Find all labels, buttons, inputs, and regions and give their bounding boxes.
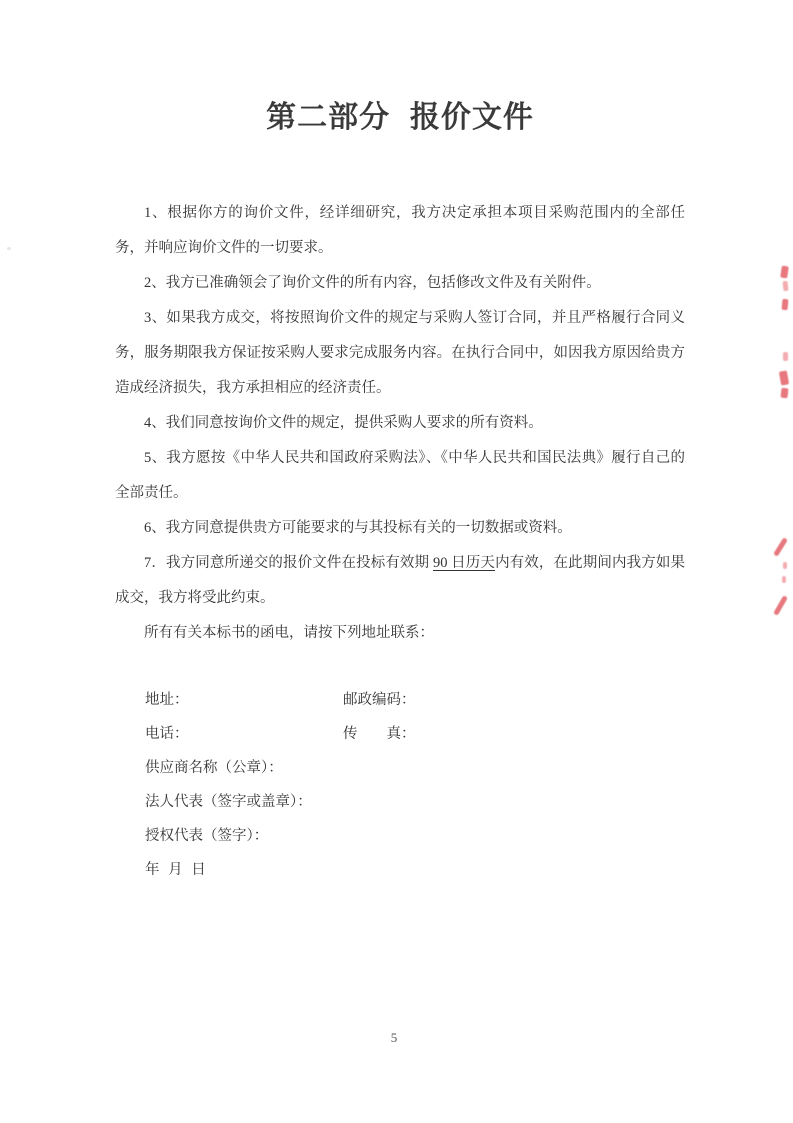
seal-fragment	[773, 537, 788, 557]
validity-period-underlined: 90 日历天	[433, 555, 495, 571]
seal-fragment	[779, 370, 789, 385]
supplier-name-label: 供应商名称（公章）：	[145, 751, 685, 785]
seal-fragment	[783, 352, 788, 361]
authorized-representative-label: 授权代表（签字）：	[145, 819, 685, 853]
paragraph-4: 4、我们同意按询价文件的规定，提供采购人要求的所有资料。	[115, 406, 685, 441]
scan-artifact	[7, 247, 11, 250]
address-postcode-row: 地址： 邮政编码：	[145, 683, 685, 717]
postcode-label: 邮政编码：	[343, 683, 416, 717]
paragraph-6: 6、我方同意提供贵方可能要求的与其投标有关的一切数据或资料。	[115, 511, 685, 546]
paragraph-7-before: 7．我方同意所递交的报价文件在投标有效期	[144, 555, 433, 571]
address-label: 地址：	[145, 683, 343, 717]
fax-label: 传 真：	[343, 717, 416, 751]
legal-representative-label: 法人代表（签字或盖章）：	[145, 785, 685, 819]
seal-fragment	[782, 281, 788, 291]
seal-fragment	[773, 595, 788, 616]
phone-fax-row: 电话： 传 真：	[145, 717, 685, 751]
contact-signature-block: 地址： 邮政编码： 电话： 传 真： 供应商名称（公章）： 法人代表（签字或盖章…	[145, 683, 685, 887]
seal-fragment	[783, 562, 787, 569]
closing-line: 所有有关本标书的函电，请按下列地址联系：	[115, 616, 685, 651]
document-page: 第二部分 报价文件 1、根据你方的询价文件，经详细研究，我方决定承担本项目采购范…	[0, 0, 793, 1123]
paragraph-5: 5、我方愿按《中华人民共和国政府采购法》、《中华人民共和国民法典》履行自己的全部…	[115, 441, 685, 511]
page-title: 第二部分 报价文件	[115, 92, 685, 136]
phone-label: 电话：	[145, 717, 343, 751]
paragraph-3: 3、如果我方成交，将按照询价文件的规定与采购人签订合同，并且严格履行合同义务，服…	[115, 301, 685, 406]
page-number: 5	[0, 1030, 788, 1046]
seal-fragment	[782, 576, 786, 583]
seal-fragment	[782, 299, 789, 310]
seal-fragment	[780, 266, 789, 279]
paragraph-2: 2、我方已准确领会了询价文件的所有内容，包括修改文件及有关附件。	[115, 266, 685, 301]
date-label: 年 月 日	[145, 853, 685, 887]
document-body: 1、根据你方的询价文件，经详细研究，我方决定承担本项目采购范围内的全部任务，并响…	[115, 196, 685, 651]
paragraph-1: 1、根据你方的询价文件，经详细研究，我方决定承担本项目采购范围内的全部任务，并响…	[115, 196, 685, 266]
seal-fragment	[780, 388, 788, 399]
paragraph-7: 7．我方同意所递交的报价文件在投标有效期 90 日历天内有效，在此期间内我方如果…	[115, 546, 685, 616]
